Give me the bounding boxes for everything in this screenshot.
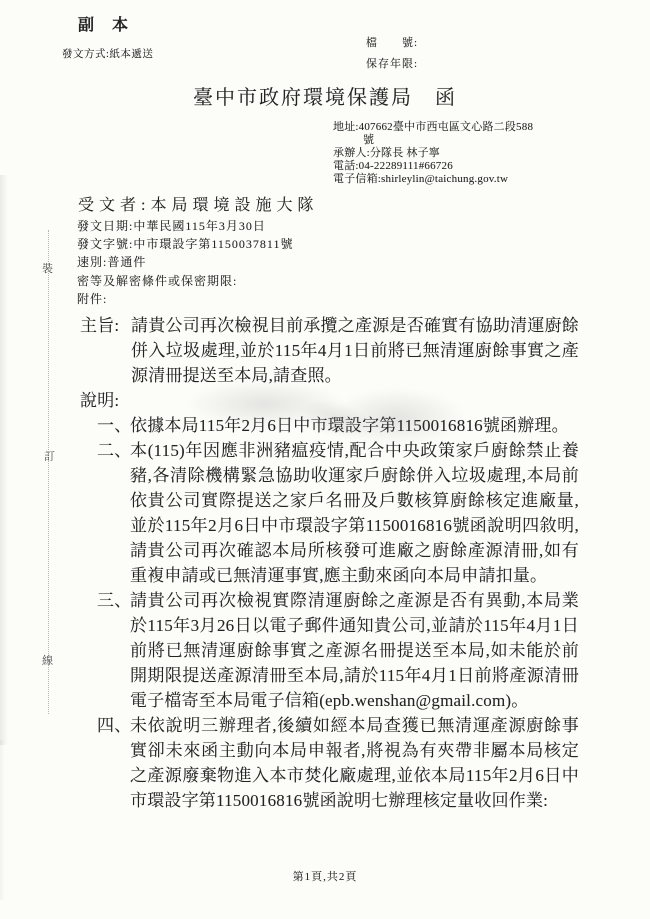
letter-body: 主旨: 請貴公司再次檢視目前承攬之產源是否確實有協助清運廚餘併入垃圾處理,並於1… [80, 313, 579, 813]
contact-phone: 電話:04-22289111#66726 [333, 160, 533, 173]
document-title: 臺中市政府環境保護局 函 [0, 81, 650, 110]
document-page: 副 本 發文方式:紙本遞送 檔 號: 保存年限: 臺中市政府環境保護局 函 地址… [0, 0, 650, 919]
contact-address-line1: 地址:407662臺中市西屯區文心路二段588 [333, 121, 533, 134]
item-text: 依據本局115年2月6日中市環設字第1150016816號函辦理。 [130, 413, 579, 438]
item-text: 請貴公司再次檢視實際清運廚餘之產源是否有異動,本局業於115年3月26日以電子郵… [130, 588, 579, 713]
explanation-item-3: 三、 請貴公司再次檢視實際清運廚餘之產源是否有異動,本局業於115年3月26日以… [80, 588, 579, 713]
scan-edge-artifact [0, 175, 8, 745]
contact-person: 承辦人:分隊長 林子寧 [333, 147, 533, 160]
binding-mark-ding: 訂 [44, 448, 55, 464]
retention-period-label: 保存年限: [366, 55, 418, 71]
subject-label: 主旨: [80, 313, 119, 338]
explanation-item-2: 二、 本(115)年因應非洲豬瘟疫情,配合中央政策家戶廚餘禁止養豬,各清除機構緊… [80, 438, 579, 588]
recipient-line: 受文者:本局環境設施大隊 [78, 192, 318, 215]
copy-label: 副 本 [78, 12, 129, 35]
binding-dotted-line [48, 230, 49, 714]
meta-block: 發文日期:中華民國115年3月30日 發文字號:中市環設字第1150037811… [77, 217, 293, 308]
item-number: 三、 [97, 588, 131, 613]
explanation-item-1: 一、 依據本局115年2月6日中市環設字第1150016816號函辦理。 [80, 413, 579, 438]
item-text: 未依說明三辦理者,後續如經本局查獲已無清運產源廚餘事實卻未來函主動向本局申報者,… [130, 713, 579, 813]
page-number: 第1頁,共2頁 [0, 868, 650, 884]
subject-section: 主旨: 請貴公司再次檢視目前承攬之產源是否確實有協助清運廚餘併入垃圾處理,並於1… [80, 313, 579, 388]
item-number: 一、 [97, 413, 131, 438]
binding-mark-xian: 線 [42, 652, 53, 668]
explanation-label: 說明: [80, 388, 579, 413]
subject-text: 請貴公司再次檢視目前承攬之產源是否確實有協助清運廚餘併入垃圾處理,並於115年4… [131, 313, 579, 388]
priority-level: 速別:普通件 [77, 253, 293, 271]
contact-address-line2: 號 [333, 134, 533, 147]
delivery-method: 發文方式:紙本遞送 [62, 46, 153, 61]
explanation-item-4: 四、 未依說明三辦理者,後續如經本局查獲已無清運產源廚餘事實卻未來函主動向本局申… [80, 713, 579, 813]
file-number-label: 檔 號: [366, 34, 418, 50]
binding-mark-zhuang: 裝 [42, 260, 53, 276]
item-number: 二、 [97, 438, 131, 463]
issue-date: 發文日期:中華民國115年3月30日 [77, 217, 293, 235]
contact-email: 電子信箱:shirleylin@taichung.gov.tw [333, 173, 533, 186]
item-number: 四、 [97, 713, 131, 738]
item-text: 本(115)年因應非洲豬瘟疫情,配合中央政策家戶廚餘禁止養豬,各清除機構緊急協助… [130, 438, 579, 588]
attachment-label: 附件: [77, 290, 293, 308]
contact-block: 地址:407662臺中市西屯區文心路二段588 號 承辦人:分隊長 林子寧 電話… [333, 121, 533, 186]
document-number: 發文字號:中市環設字第1150037811號 [77, 235, 293, 253]
security-classification: 密等及解密條件或保密期限: [77, 272, 293, 290]
